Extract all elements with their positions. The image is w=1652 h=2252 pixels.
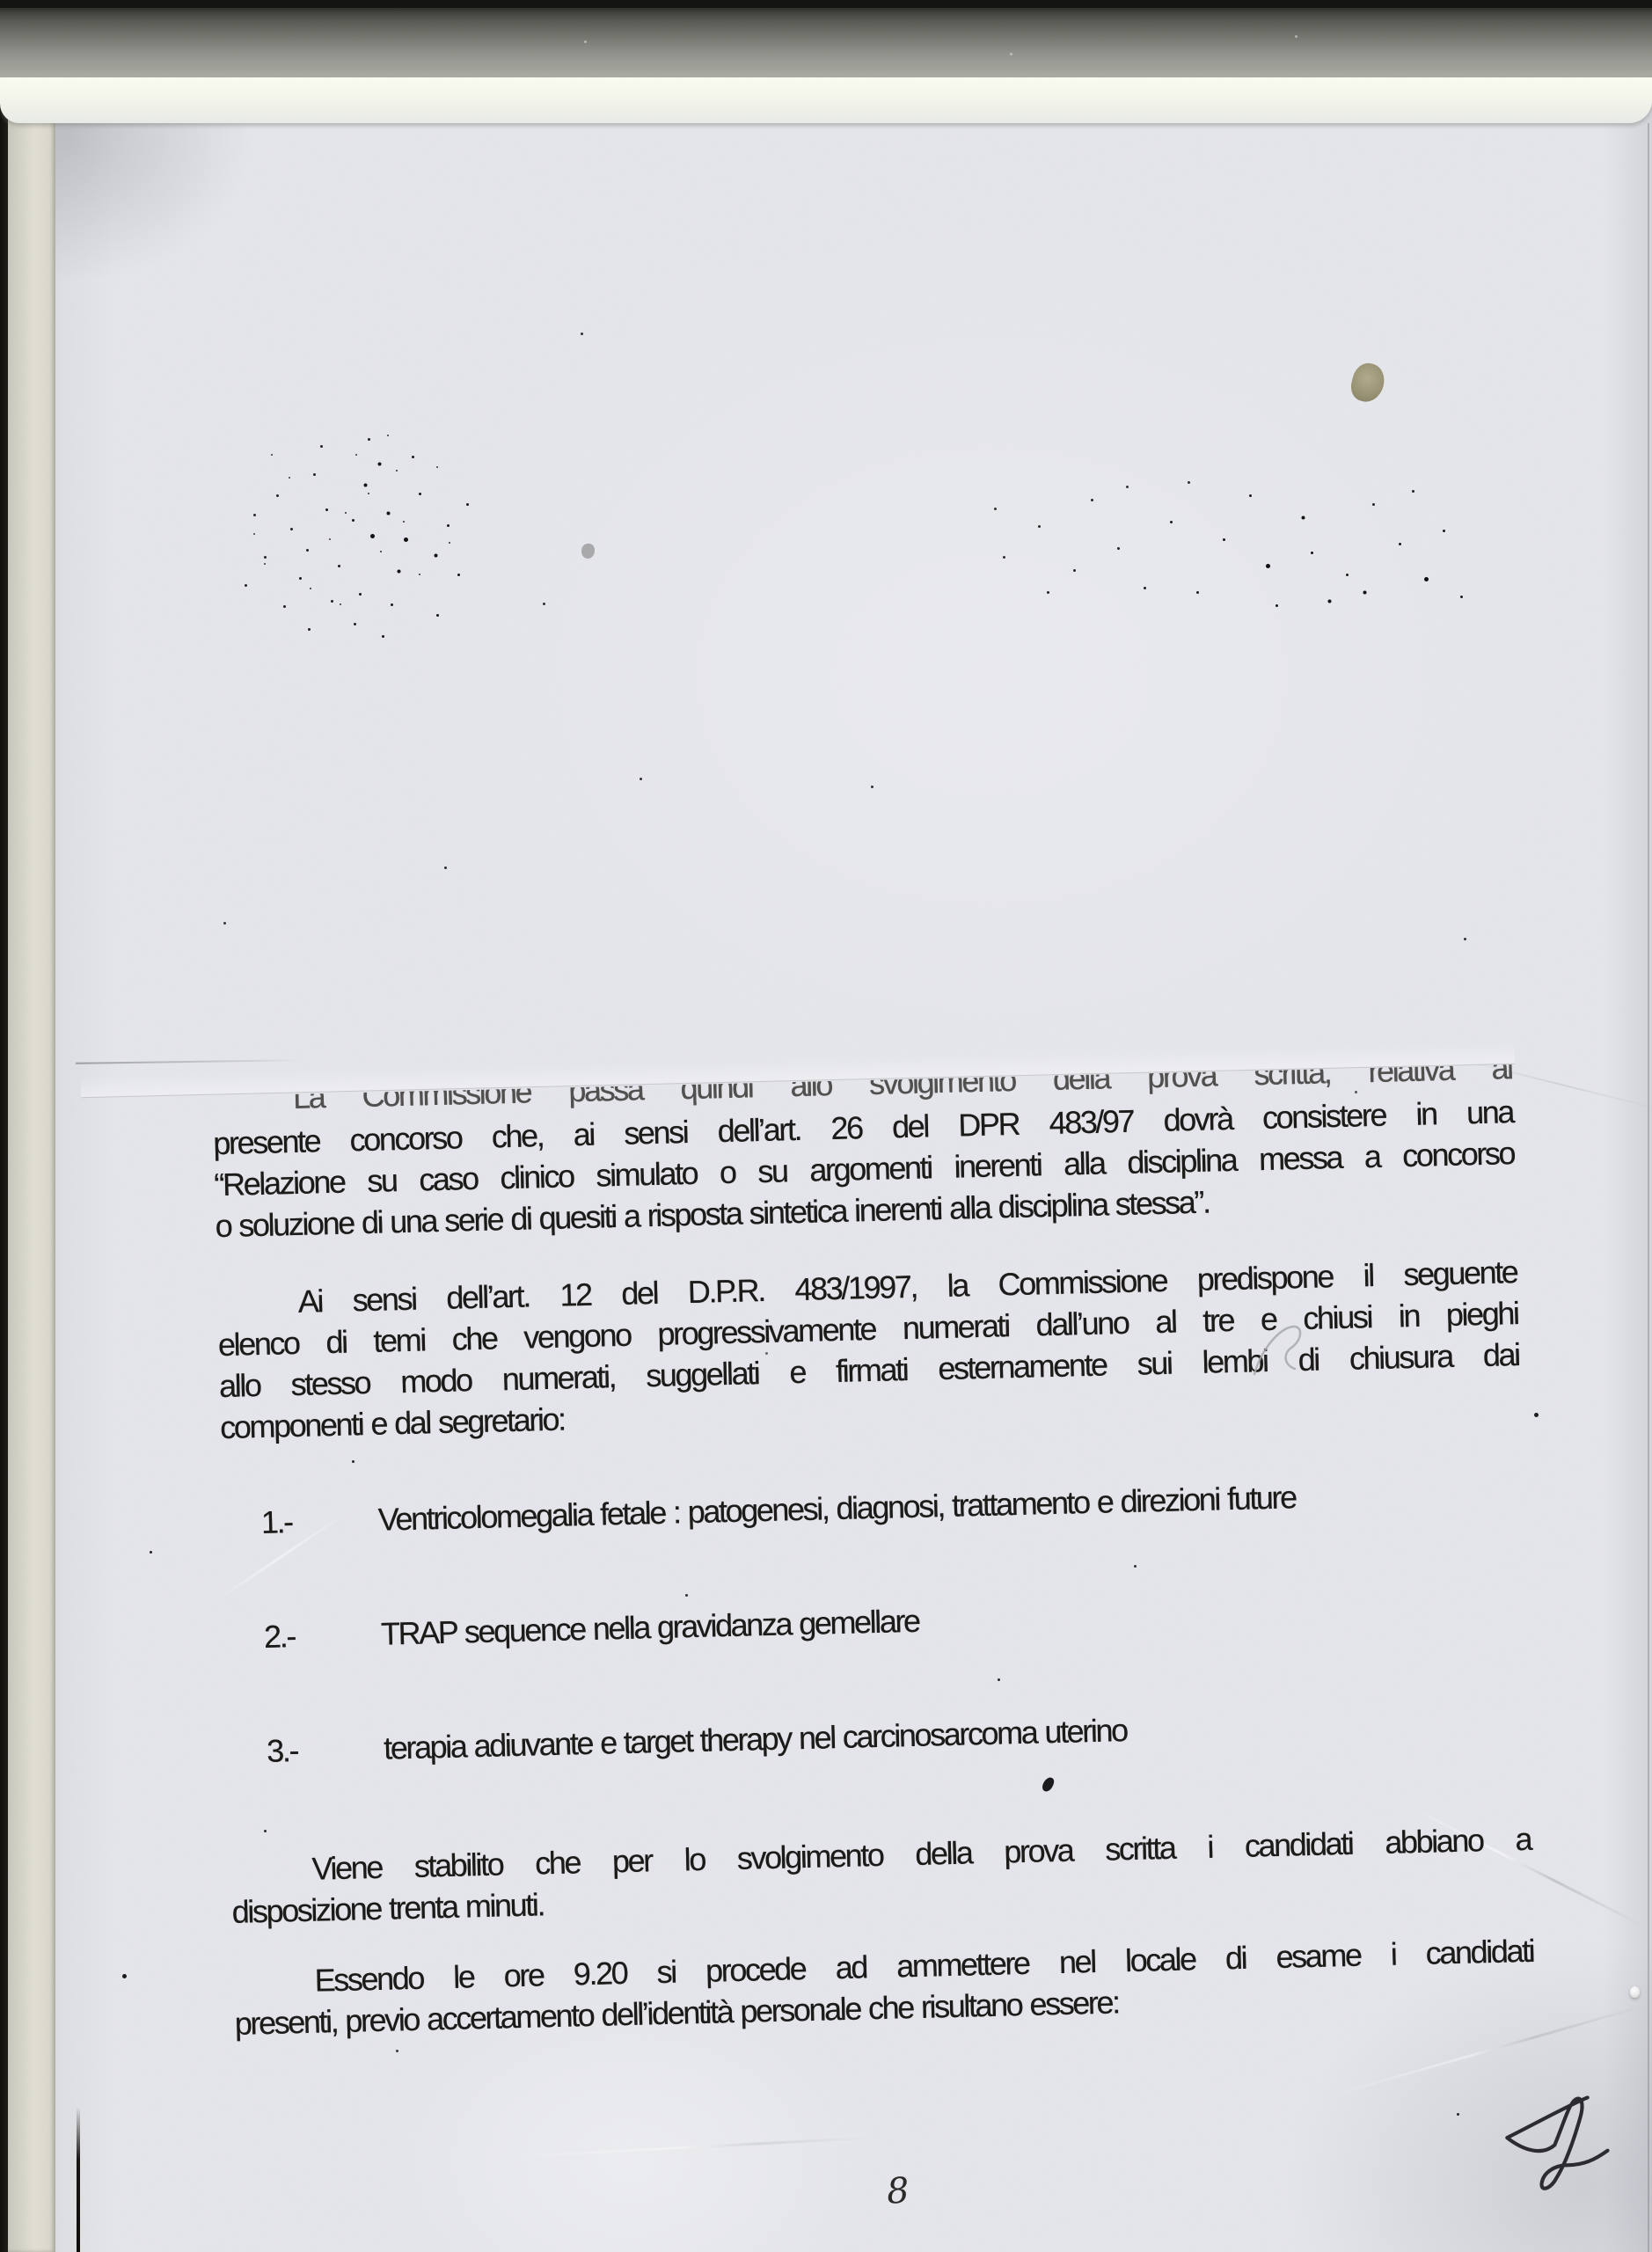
document-text-block: La Commissione passa quindi allo svolgim… <box>212 1064 1535 2044</box>
handwritten-initial-signature <box>1500 2092 1619 2202</box>
scanner-platen-band <box>0 0 1652 84</box>
paper-defect-speck <box>1630 1986 1640 1998</box>
dust-speck <box>1295 35 1297 38</box>
topic-number: 3.- <box>228 1728 384 1773</box>
topic-number: 2.- <box>225 1613 382 1658</box>
topic-number: 1.- <box>222 1499 378 1544</box>
page-right-edge-shadow <box>1648 123 1649 2252</box>
page-stack-left-edge <box>8 0 55 2252</box>
topic-text: TRAP sequence nella gravidanza gemellare <box>380 1585 1525 1655</box>
dust-speck <box>1010 53 1012 55</box>
ink-speckle-cluster-right <box>1223 538 1225 541</box>
dust-speck <box>584 40 587 43</box>
exam-topic-item-2: 2.- TRAP sequence nella gravidanza gemel… <box>225 1585 1526 1658</box>
scanner-left-edge <box>0 0 8 2252</box>
scanner-top-edge <box>0 0 1652 8</box>
stray-ink-dots <box>444 866 447 869</box>
ink-speckle-cluster-left <box>352 519 355 522</box>
ink-speckle-cluster-left-fine <box>345 512 347 514</box>
paper-top-glare-strip <box>0 77 1652 123</box>
underlying-page-edge-line <box>77 2107 80 2252</box>
page-number: 8 <box>885 2170 910 2212</box>
scanner-fiber-squiggle <box>1249 1318 1311 1386</box>
scanned-document-page: La Commissione passa quindi allo svolgim… <box>0 0 1652 2252</box>
